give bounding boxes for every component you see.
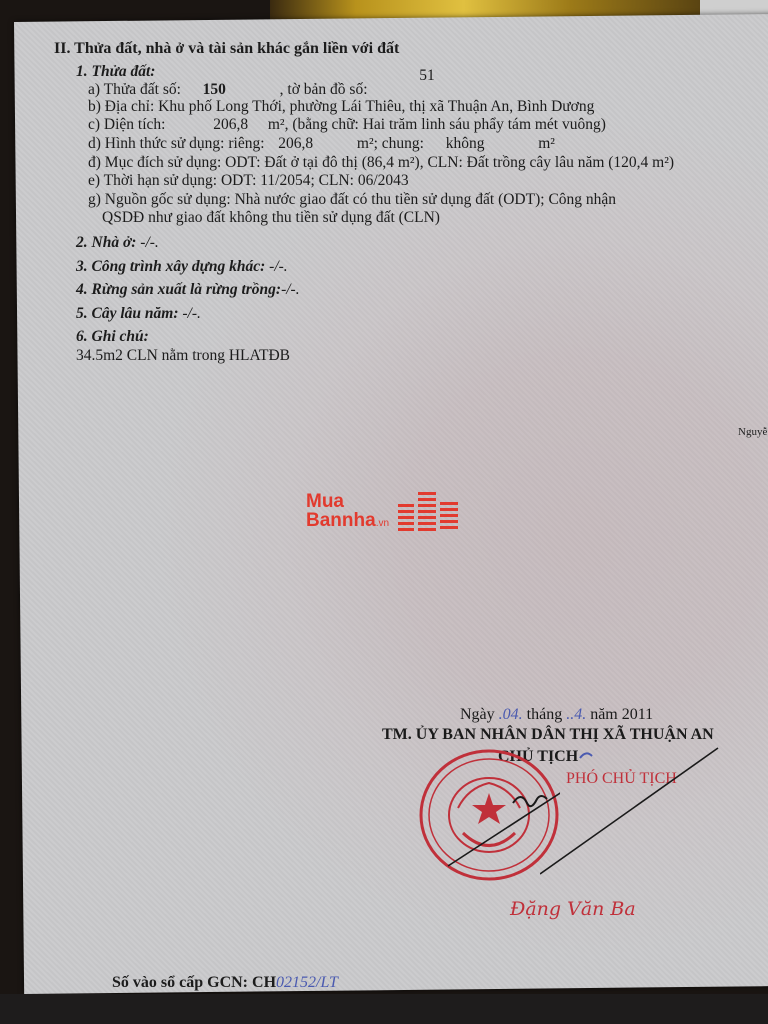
item-other-construction: 3. Công trình xây dựng khác: -/-.	[58, 258, 758, 277]
item-production-forest: 4. Rừng sản xuất là rừng trồng:-/-.	[58, 281, 758, 300]
item-notes: 6. Ghi chú:	[58, 328, 758, 347]
item-house: 2. Nhà ở: -/-.	[58, 234, 758, 253]
signature-line-icon	[540, 746, 720, 876]
official-seal-icon	[418, 748, 560, 882]
building-logo-icon	[398, 492, 460, 536]
issuing-organization: TM. ỦY BAN NHÂN DÂN THỊ XÃ THUẬN AN	[382, 726, 714, 744]
watermark-text: Mua Bannha.vn	[306, 492, 389, 533]
gcn-registry-number: Số vào sổ cấp GCN: CH02152/LT	[112, 974, 338, 992]
muabannha-watermark: Mua Bannha.vn	[306, 492, 466, 540]
usage-form-row: d) Hình thức sử dụng: riêng: 206,8 m²; c…	[58, 135, 758, 154]
address-row: b) Địa chỉ: Khu phố Long Thới, phường Lá…	[58, 98, 758, 117]
plot-number: 150	[203, 81, 226, 98]
purpose-row: đ) Mục đích sử dụng: ODT: Đất ở tại đô t…	[58, 154, 758, 173]
signer-name: Đặng Văn Ba	[510, 898, 636, 920]
origin-row-cont: QSDĐ như giao đất không thu tiền sử dụng…	[58, 209, 758, 228]
area-value: 206,8	[213, 116, 248, 133]
origin-row: g) Nguồn gốc sử dụng: Nhà nước giao đất …	[58, 191, 758, 210]
issue-date: Ngày .04. tháng ..4. năm 2011	[460, 706, 653, 724]
map-sheet-number: 51	[419, 67, 435, 84]
certificate-body: II. Thửa đất, nhà ở và tài sản khác gắn …	[58, 40, 758, 366]
bottom-background	[0, 994, 768, 1024]
area-row: c) Diện tích: 206,8 m², (bằng chữ: Hai t…	[58, 116, 758, 135]
margin-note: Nguyễ	[738, 426, 767, 438]
land-plot-heading: 1. Thửa đất:	[58, 63, 758, 82]
note-text: 34.5m2 CLN nằm trong HLATĐB	[58, 347, 758, 366]
address-value: Khu phố Long Thới, phường Lái Thiêu, thị…	[158, 98, 594, 115]
term-row: e) Thời hạn sử dụng: ODT: 11/2054; CLN: …	[58, 172, 758, 191]
section-header: II. Thửa đất, nhà ở và tài sản khác gắn …	[54, 40, 758, 59]
item-perennial-trees: 5. Cây lâu năm: -/-.	[58, 305, 758, 324]
